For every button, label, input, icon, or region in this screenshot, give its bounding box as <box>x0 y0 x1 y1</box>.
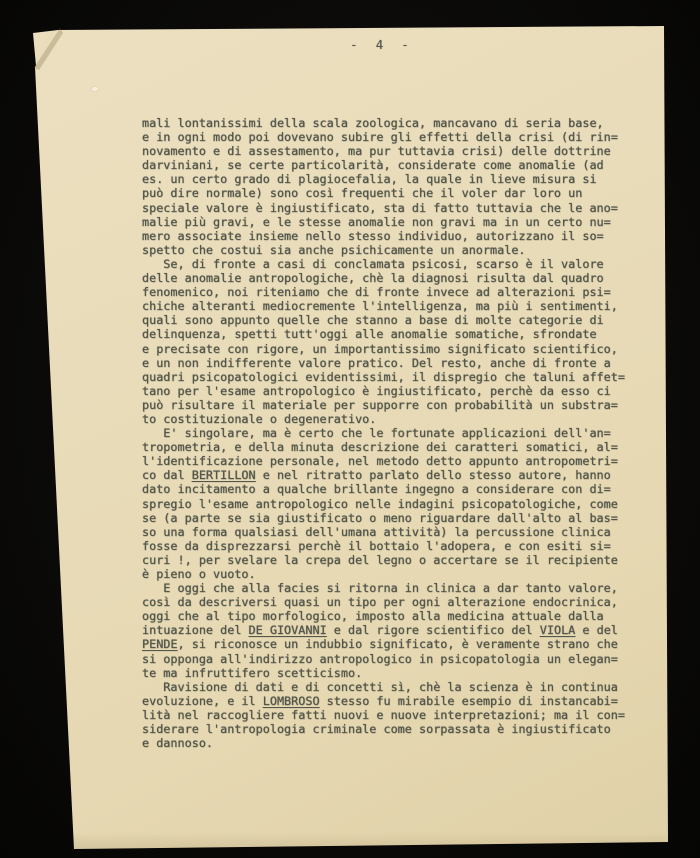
typewritten-line: delinquenza, spetti tutt'oggi alle anoma… <box>142 327 642 341</box>
typewritten-line: darviniani, se certe particolarità, cons… <box>142 158 642 172</box>
typewritten-line: quadri psicopatologici evidentissimi, il… <box>142 370 642 384</box>
typewritten-line: mero associate insieme nello stesso indi… <box>142 229 642 243</box>
typewritten-line: e un non indifferente valore pratico. De… <box>142 356 642 370</box>
typewritten-line: tano per l'esame antropologico è ingiust… <box>142 384 642 398</box>
typewritten-line: spregio l'esame antropologico nelle inda… <box>142 497 642 511</box>
typewritten-line: Ravisione di dati e di concetti sì, chè … <box>142 680 642 694</box>
typewritten-line: così da descriversi quasi un tipo per og… <box>142 595 642 609</box>
typewritten-line: Se, di fronte a casi di conclamata psico… <box>142 257 642 271</box>
typewritten-line: spetto che costui sia anche psichicament… <box>142 243 642 257</box>
typewritten-line: to costituzionale o degenerativo. <box>142 412 642 426</box>
typewritten-line: e precisate con rigore, un importantissi… <box>142 342 642 356</box>
typewritten-line: speciale valore è ingiustificato, sta di… <box>142 201 642 215</box>
typewritten-line: lità nel raccogliere fatti nuovi e nuove… <box>142 708 642 722</box>
typewritten-line: novamento e di assestamento, ma pur tutt… <box>142 144 642 158</box>
typewritten-line: E oggi che alla facies si ritorna in cli… <box>142 581 642 595</box>
typewritten-line: delle anomalie antropologiche, chè la di… <box>142 271 642 285</box>
typewritten-line: si opponga all'indirizzo antropologico i… <box>142 652 642 666</box>
page-number: - 4 - <box>330 37 430 52</box>
typewritten-line: fosse da disprezzarsi perchè il bottaio … <box>142 539 642 553</box>
typewritten-line: PENDE, si riconosce un indubbio signific… <box>142 637 642 651</box>
typewritten-line: è pieno o vuoto. <box>142 567 642 581</box>
typewritten-line: tropometria, e della minuta descrizione … <box>142 440 642 454</box>
typewritten-line: te ma infruttifero scetticismo. <box>142 666 642 680</box>
typewritten-line: evoluzione, e il LOMBROSO stesso fu mira… <box>142 694 642 708</box>
typewritten-line: co dal BERTILLON e nel ritratto parlato … <box>142 468 642 482</box>
typewritten-line: oggi che al tipo morfologico, imposto al… <box>142 609 642 623</box>
typewritten-line: può risultare il materiale per supporre … <box>142 398 642 412</box>
typewritten-line: curi !, per svelare la crepa del legno o… <box>142 553 642 567</box>
typewritten-line: l'identificazione personale, nel metodo … <box>142 454 642 468</box>
typewritten-text-body: mali lontanissimi della scala zoologica,… <box>142 116 642 750</box>
typewritten-line: intuazione del DE GIOVANNI e dal rigore … <box>142 623 642 637</box>
typewritten-line: fenomenico, noi riteniamo che di fronte … <box>142 285 642 299</box>
typewritten-line: mali lontanissimi della scala zoologica,… <box>142 116 642 130</box>
typewritten-line: se (a parte se sia giustificato o meno r… <box>142 511 642 525</box>
typewritten-line: so una forma qualsiasi dell'umana attivi… <box>142 525 642 539</box>
typewritten-line: e dannoso. <box>142 736 642 750</box>
typewritten-line: e in ogni modo poi dovevano subire gli e… <box>142 130 642 144</box>
typewritten-line: siderare l'antropologia criminale come s… <box>142 722 642 736</box>
typewritten-line: quali sono appunto quelle che stanno a b… <box>142 313 642 327</box>
typewritten-line: può dire normale) sono così frequenti ch… <box>142 186 642 200</box>
scanned-document: - 4 - mali lontanissimi della scala zool… <box>0 0 700 858</box>
typewritten-line: malie più gravi, e le stesse anomalie no… <box>142 215 642 229</box>
typewritten-line: chiche alteranti mediocremente l'intelli… <box>142 299 642 313</box>
typewritten-line: dato incitamento a qualche brillante ing… <box>142 482 642 496</box>
typewritten-line: E' singolare, ma è certo che le fortunat… <box>142 426 642 440</box>
typewritten-line: es. un certo grado di plagiocefalia, la … <box>142 172 642 186</box>
